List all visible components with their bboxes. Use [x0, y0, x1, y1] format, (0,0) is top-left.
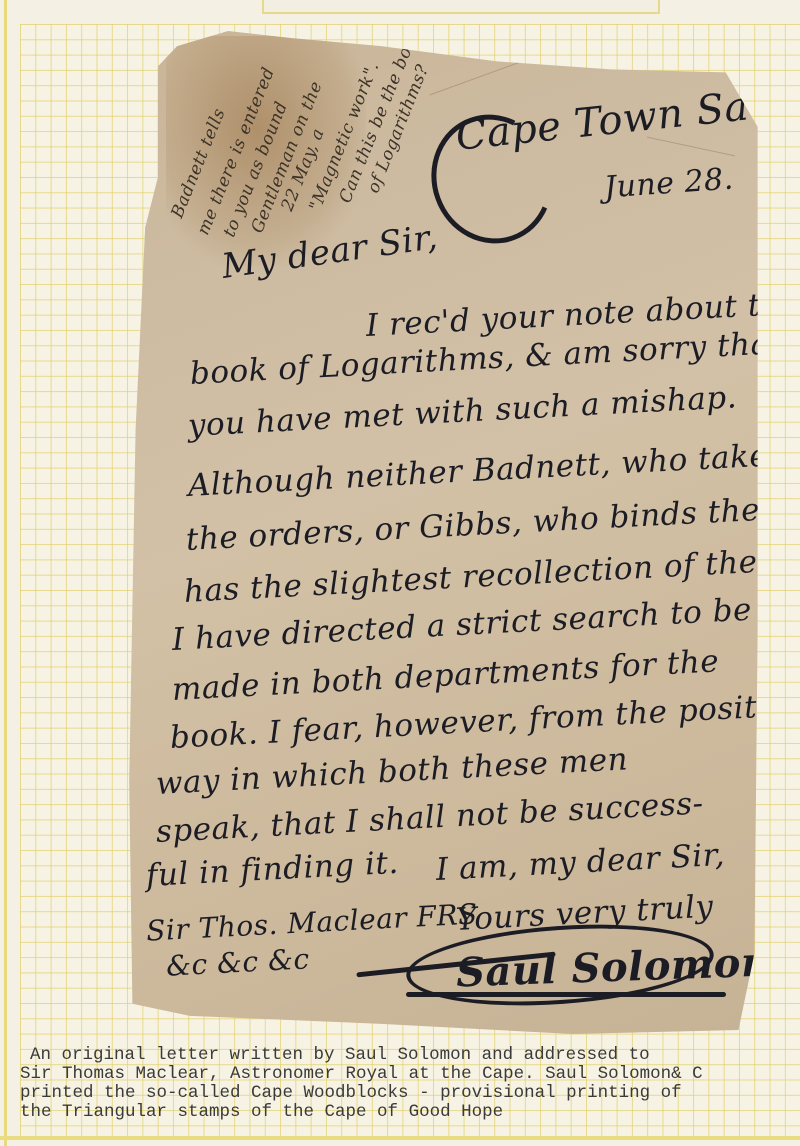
caption-line: the Triangular stamps of the Cape of Goo… — [20, 1103, 800, 1122]
handwritten-letter: Badnett tells me there is entered to you… — [126, 26, 764, 1034]
addressee-etc: &c &c &c — [165, 942, 310, 982]
left-margin-rule — [4, 0, 7, 1146]
caption-line: An original letter written by Saul Solom… — [20, 1046, 800, 1065]
letter-date: June 28. — [603, 162, 735, 206]
body-line: you have met with such a mishap. — [187, 379, 738, 444]
body-line: Although neither Badnett, who takes — [187, 437, 785, 504]
addressee-name: Sir Thos. Maclear FRS — [145, 897, 478, 947]
top-mount-box — [262, 0, 660, 14]
signature: Saul Solomon — [455, 939, 771, 997]
closing: I am, my dear Sir, — [435, 837, 726, 888]
body-line: ful in finding it. — [145, 845, 399, 894]
album-page: Badnett tells me there is entered to you… — [0, 0, 800, 1146]
caption-line: Sir Thomas Maclear, Astronomer Royal at … — [20, 1065, 800, 1084]
signature-underline — [406, 992, 726, 997]
paper-crease — [647, 137, 735, 157]
typewritten-caption: An original letter written by Saul Solom… — [20, 1046, 800, 1122]
bottom-margin-rule — [0, 1136, 800, 1140]
caption-line: printed the so-called Cape Woodblocks - … — [20, 1084, 800, 1103]
